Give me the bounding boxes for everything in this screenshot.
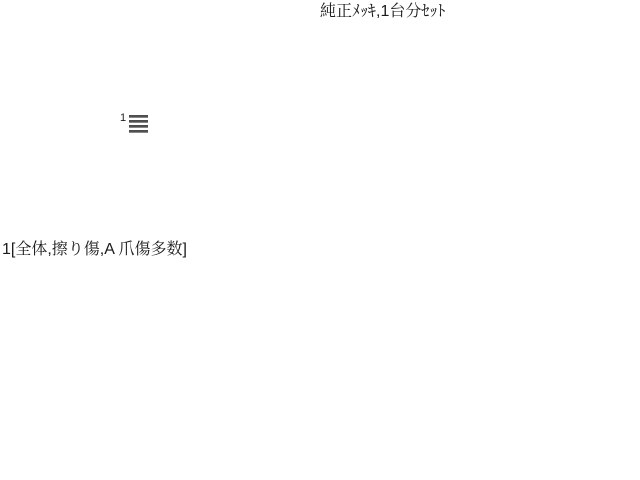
top-annotation-label: 純正ﾒｯｷ,1台分ｾｯﾄ [320, 3, 445, 21]
marker-number: 1 [120, 111, 126, 124]
scratch-lines-icon [129, 115, 148, 133]
scratch-line [129, 130, 148, 133]
scratch-line [129, 115, 148, 118]
annotation-canvas: 純正ﾒｯｷ,1台分ｾｯﾄ 1 1[全体,擦り傷,A 爪傷多数] [0, 0, 640, 480]
scratch-line [129, 120, 148, 123]
defect-legend: 1[全体,擦り傷,A 爪傷多数] [2, 240, 187, 259]
defect-marker-1: 1 [120, 111, 148, 133]
scratch-line [129, 125, 148, 128]
